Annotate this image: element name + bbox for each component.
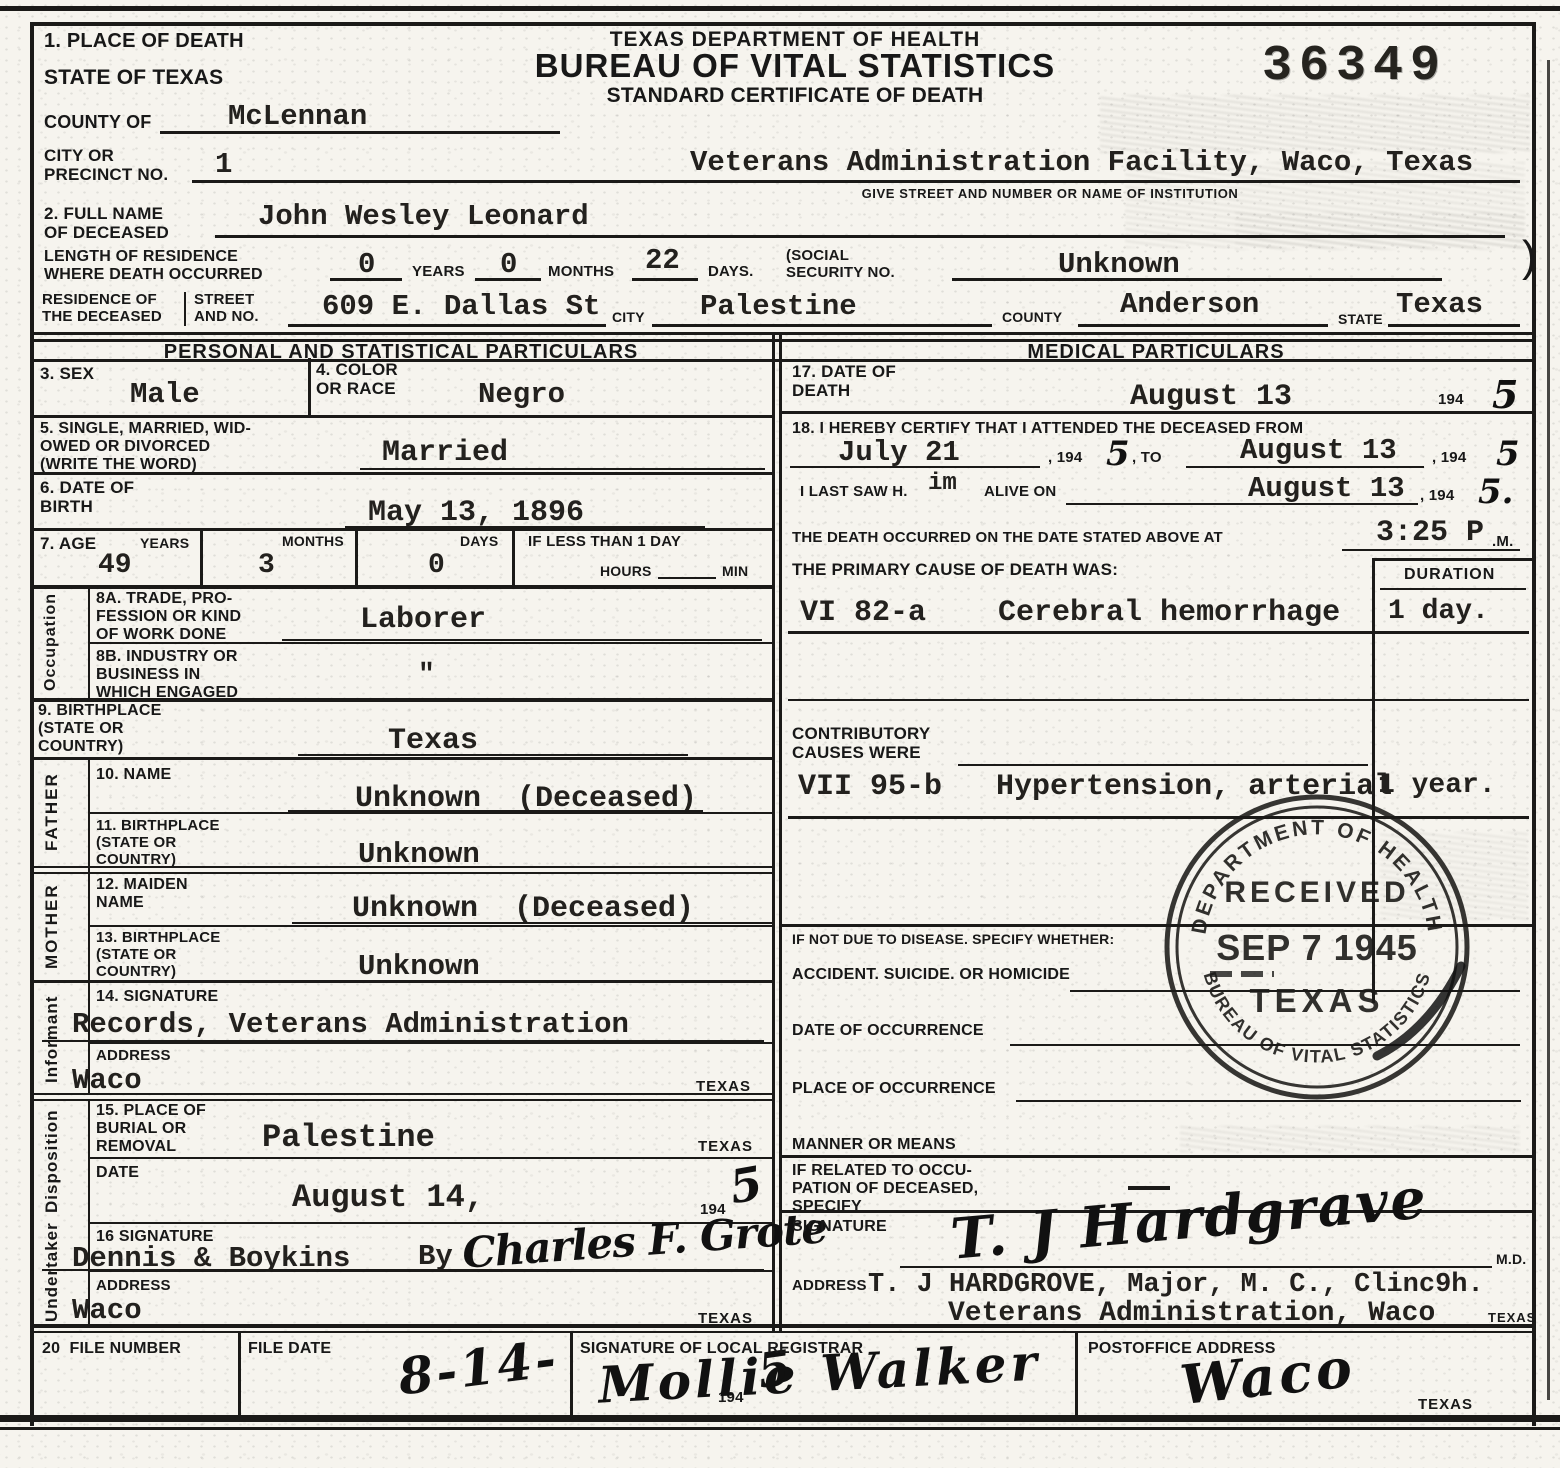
maiden-name-line — [292, 922, 772, 924]
cell-divider — [308, 358, 311, 415]
color-race-label: 4. COLOR OR RACE — [316, 360, 398, 398]
primary-cause-value: VI 82-a Cerebral hemorrhage — [800, 598, 1340, 628]
informant-signature-value: Records, Veterans Administration — [72, 1010, 629, 1039]
primary-duration-value: 1 day. — [1388, 598, 1489, 626]
birthplace-value: Texas — [388, 726, 478, 756]
side-strip-line — [88, 1101, 90, 1324]
days-value: 22 — [645, 246, 680, 275]
marital-label: 5. SINGLE, MARRIED, WID- OWED OR DIVORCE… — [40, 420, 251, 474]
county2-line — [1078, 324, 1328, 327]
row-line — [30, 872, 772, 874]
bottom-strip-top-1 — [30, 1324, 1536, 1328]
primary-cause-label: THE PRIMARY CAUSE OF DEATH WAS: — [792, 560, 1118, 579]
informant-signature-label: 14. SIGNATURE — [96, 988, 218, 1006]
city2-value: Palestine — [700, 292, 857, 321]
age-years-value: 49 — [98, 552, 132, 580]
institution-caption: GIVE STREET AND NUMBER OR NAME OF INSTIT… — [700, 187, 1400, 202]
scan-smudge — [1235, 212, 1525, 250]
side-label-occupation: Occupation — [42, 588, 60, 696]
age-days-value: 0 — [428, 552, 445, 580]
years-label: YEARS — [412, 264, 465, 281]
attended-from-year-prefix: , 194 — [1048, 450, 1082, 467]
side-strip-line — [88, 757, 90, 982]
attended-to-year-prefix: , 194 — [1432, 450, 1466, 467]
undertaker-address-value: Waco — [72, 1296, 142, 1325]
row-line — [30, 585, 772, 589]
county2-value: Anderson — [1120, 290, 1259, 319]
bottom-strip-top-2 — [30, 1331, 1536, 1333]
cause-line-1 — [788, 631, 1529, 634]
age-label: 7. AGE — [40, 534, 96, 553]
residence-divider — [184, 292, 186, 326]
ssn-value: Unknown — [1058, 250, 1180, 279]
age-months-value: 3 — [258, 552, 275, 580]
place-occurrence-label: PLACE OF OCCURRENCE — [792, 1080, 996, 1098]
bottom-rule-thin — [0, 1427, 1560, 1430]
row-line — [88, 1157, 772, 1159]
date-of-death-year-prefix: 194 — [1438, 392, 1464, 409]
undertaker-signature-line — [42, 1269, 764, 1271]
duration-label: DURATION — [1404, 566, 1495, 584]
scan-smudge — [1180, 1126, 1520, 1152]
date-occurrence-label: DATE OF OCCURRENCE — [792, 1022, 984, 1040]
stamp-received-text: RECEIVED — [1224, 876, 1409, 909]
full-name-line — [215, 235, 1505, 238]
burial-texas-label: TEXAS — [698, 1138, 753, 1155]
row-line — [30, 1099, 772, 1101]
last-saw-label-2: ALIVE ON — [984, 484, 1056, 501]
md-label: M.D. — [1496, 1252, 1526, 1268]
institution-value: Veterans Administration Facility, Waco, … — [690, 148, 1473, 177]
stamp-date-text: SEP 7 1945 — [1216, 927, 1418, 968]
bottom-rule-heavy — [0, 1415, 1560, 1422]
physician-address-label: ADDRESS — [792, 1278, 867, 1295]
months-value: 0 — [500, 250, 517, 279]
undertaker-by: By — [418, 1242, 453, 1271]
street-value: 609 E. Dallas St — [322, 292, 600, 321]
hours-line — [658, 577, 716, 579]
physician-texas-label: TEXAS — [1488, 1310, 1536, 1325]
state-label: STATE — [1338, 312, 1383, 328]
hours-label: HOURS — [600, 564, 652, 580]
cell-divider — [512, 528, 515, 585]
dob-value: May 13, 1896 — [368, 498, 584, 528]
last-saw-year-handwritten: 5. — [1478, 472, 1514, 512]
sex-value: Male — [130, 380, 200, 409]
informant-texas-label: TEXAS — [696, 1078, 751, 1095]
age-days-label: DAYS — [460, 534, 498, 550]
death-certificate-scan: 1. PLACE OF DEATH STATE OF TEXAS TEXAS D… — [0, 0, 1560, 1468]
undertaker-address-label: ADDRESS — [96, 1278, 171, 1295]
stamp-state-text: TEXAS — [1249, 982, 1384, 1019]
days-label: DAYS. — [708, 264, 753, 281]
trade-line — [282, 639, 762, 641]
county-value: McLennan — [228, 102, 367, 131]
state-value: Texas — [1396, 290, 1483, 319]
days-line — [632, 278, 698, 281]
if-not-disease-label: IF NOT DUE TO DISEASE. SPECIFY WHETHER: — [792, 932, 1114, 948]
trade-value: Laborer — [360, 605, 486, 635]
cell-divider — [355, 528, 358, 585]
cell-divider — [200, 528, 203, 585]
marital-value: Married — [382, 438, 508, 468]
burial-date-label: DATE — [96, 1164, 139, 1182]
father-name-line — [288, 810, 703, 812]
certificate-title: STANDARD CERTIFICATE OF DEATH — [400, 84, 1190, 108]
attended-to-label: , TO — [1132, 450, 1162, 467]
death-occurred-label: THE DEATH OCCURRED ON THE DATE STATED AB… — [792, 530, 1223, 547]
full-name-value: John Wesley Leonard — [258, 202, 589, 231]
row-line — [30, 415, 772, 418]
institution-line — [648, 180, 1520, 183]
informant-signature-line — [42, 1040, 764, 1042]
accident-label: ACCIDENT. SUICIDE. OR HOMICIDE — [792, 966, 1070, 984]
burial-date-year-handwritten: 5 — [726, 1156, 767, 1215]
last-saw-label-1: I LAST SAW H. — [800, 484, 908, 501]
age-years-label: YEARS — [140, 536, 189, 552]
marital-line — [360, 468, 765, 470]
side-label-informant: Informant — [42, 986, 62, 1092]
side-label-disposition: Disposition — [42, 1102, 62, 1220]
mother-birthplace-value: Unknown — [358, 952, 480, 981]
length-residence-label: LENGTH OF RESIDENCE WHERE DEATH OCCURRED — [44, 248, 263, 284]
side-label-undertaker: Undertaker — [42, 1226, 62, 1322]
mother-birthplace-label: 13. BIRTHPLACE (STATE OR COUNTRY) — [96, 930, 221, 980]
side-strip-line — [88, 585, 90, 698]
age-months-label: MONTHS — [282, 534, 344, 550]
street-line — [288, 324, 606, 327]
file-date-label: FILE DATE — [248, 1340, 331, 1358]
form-border-top — [30, 22, 1536, 26]
burial-value: Palestine — [262, 1122, 435, 1154]
father-birthplace-label: 11. BIRTHPLACE (STATE OR COUNTRY) — [96, 818, 220, 868]
section-rule-1 — [30, 332, 1536, 335]
state-line — [1388, 324, 1520, 327]
city2-line — [652, 324, 992, 327]
state-of-texas-label: STATE OF TEXAS — [44, 66, 223, 90]
trade-label: 8A. TRADE, PRO- FESSION OR KIND OF WORK … — [96, 590, 241, 644]
form-border-right-outer — [1547, 60, 1550, 1400]
section-header-underline — [30, 359, 1536, 362]
physician-signature-handwritten: T. J Hardgrave — [948, 1165, 1430, 1272]
ssn-paren-close: ) — [1522, 232, 1537, 281]
side-label-mother: MOTHER — [42, 874, 62, 978]
informant-address-label: ADDRESS — [96, 1048, 171, 1065]
dob-label: 6. DATE OF BIRTH — [40, 478, 134, 516]
industry-label: 8B. INDUSTRY OR BUSINESS IN WHICH ENGAGE… — [96, 648, 238, 702]
certificate-number: 36349 — [1262, 38, 1447, 95]
less-than-day-label: IF LESS THAN 1 DAY — [528, 534, 681, 551]
attended-to-value: August 13 — [1240, 436, 1397, 465]
ssn-line — [952, 278, 1442, 281]
color-race-value: Negro — [478, 380, 565, 409]
ssn-label: (SOCIAL SECURITY NO. — [786, 248, 895, 282]
row-line — [782, 411, 1532, 414]
sex-label: 3. SEX — [40, 364, 94, 383]
years-value: 0 — [358, 250, 375, 279]
row-line — [782, 1155, 1532, 1158]
maiden-name-value: Unknown (Deceased) — [352, 894, 694, 924]
burial-label: 15. PLACE OF BURIAL OR REMOVAL — [96, 1102, 206, 1156]
birthplace-label: 9. BIRTHPLACE (STATE OR COUNTRY) — [38, 702, 162, 756]
burial-date-value: August 14, — [292, 1182, 484, 1214]
place-of-death-label: 1. PLACE OF DEATH — [44, 30, 244, 52]
attended-from-year-handwritten: 5 — [1106, 434, 1130, 474]
manner-means-label: MANNER OR MEANS — [792, 1136, 956, 1154]
street-label: STREET AND NO. — [194, 292, 259, 326]
city-precinct-value: 1 — [215, 150, 232, 179]
death-time-m-label: .M. — [1492, 534, 1513, 551]
form-border-left — [30, 22, 34, 1426]
last-saw-year-prefix: , 194 — [1420, 488, 1454, 505]
death-time-value: 3:25 P — [1376, 518, 1484, 548]
attended-from-line — [790, 466, 1040, 468]
side-label-father: FATHER — [42, 760, 62, 864]
bottom-cell-divider — [238, 1331, 241, 1415]
informant-address-value: Waco — [72, 1066, 142, 1095]
physician-signature-line — [900, 1266, 1492, 1268]
father-name-label: 10. NAME — [96, 766, 171, 784]
contributory-fill-line — [958, 764, 1368, 766]
attended-to-year-handwritten: 5 — [1496, 434, 1520, 474]
cause-line-2 — [788, 699, 1529, 701]
row-line — [88, 1042, 772, 1044]
attended-from-value: July 21 — [838, 438, 960, 467]
column-divider-1 — [772, 332, 775, 1332]
county2-label: COUNTY — [1002, 310, 1062, 326]
file-date-handwritten: 8-14- — [395, 1328, 562, 1406]
postoffice-texas-label: TEXAS — [1418, 1396, 1473, 1413]
contributory-label: CONTRIBUTORY CAUSES WERE — [792, 724, 930, 762]
maiden-name-label: 12. MAIDEN NAME — [96, 876, 188, 912]
file-number-label: 20 FILE NUMBER — [42, 1340, 181, 1358]
city2-label: CITY — [612, 310, 645, 326]
duration-underline — [1380, 588, 1526, 590]
physician-address-value-1: T. J HARDGROVE, Major, M. C., Clinc9h. — [868, 1272, 1484, 1299]
last-saw-value: August 13 — [1248, 474, 1405, 503]
top-rule — [0, 6, 1560, 11]
county-label: COUNTY OF — [44, 112, 151, 132]
bureau-title: BUREAU OF VITAL STATISTICS — [400, 48, 1190, 85]
months-label: MONTHS — [548, 264, 614, 281]
full-name-label: 2. FULL NAME OF DECEASED — [44, 204, 169, 242]
bottom-cell-divider — [1075, 1331, 1078, 1415]
city-precinct-label: CITY OR PRECINCT NO. — [44, 146, 168, 184]
birthplace-line — [298, 754, 688, 756]
physician-signature-label: SIGNATURE — [792, 1218, 887, 1236]
bottom-cell-divider — [570, 1331, 573, 1415]
date-of-death-value: August 13 — [1130, 382, 1292, 412]
min-label: MIN — [722, 564, 748, 580]
city-precinct-line — [192, 180, 672, 183]
industry-value: " — [418, 662, 435, 690]
dob-line — [345, 526, 705, 528]
last-saw-him-typed: im — [928, 472, 957, 496]
father-birthplace-value: Unknown — [358, 840, 480, 869]
residence-of-label: RESIDENCE OF THE DECEASED — [42, 292, 162, 326]
date-of-death-label: 17. DATE OF DEATH — [792, 362, 896, 400]
duration-box-top — [1372, 558, 1532, 561]
received-stamp: DEPARTMENT OF HEALTH BUREAU OF VITAL STA… — [1152, 782, 1488, 1118]
column-divider-2 — [779, 332, 782, 1332]
